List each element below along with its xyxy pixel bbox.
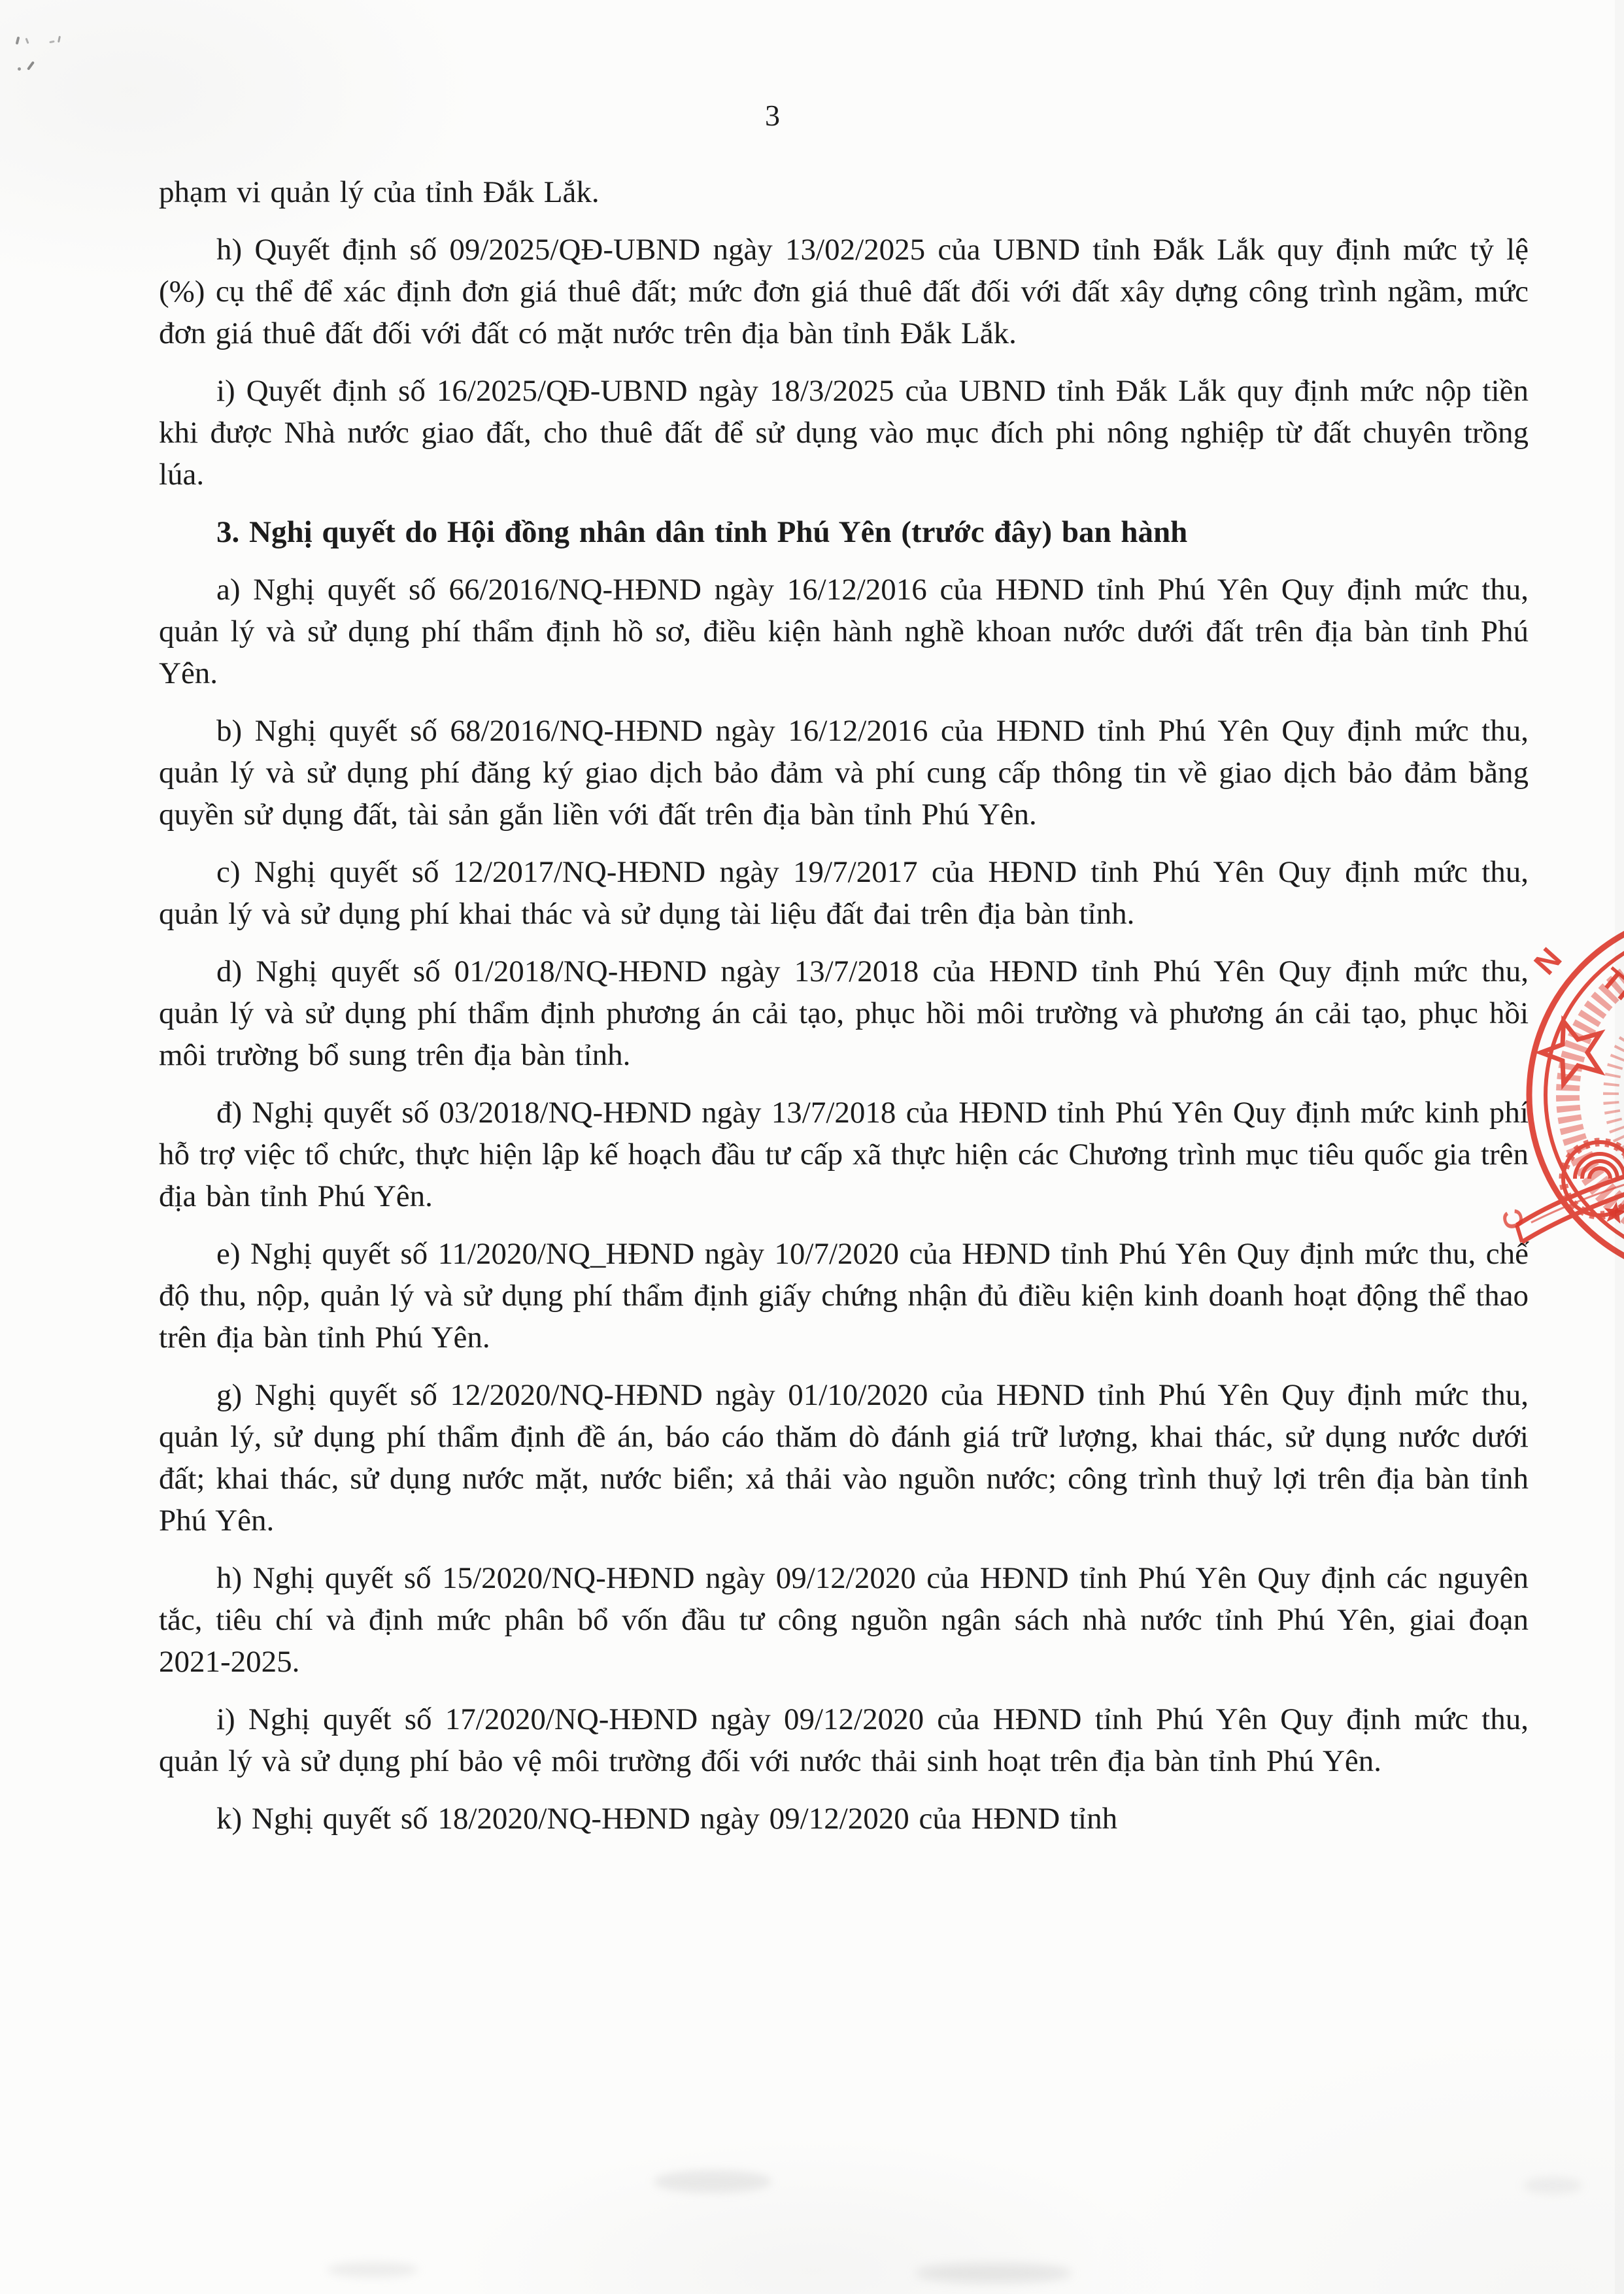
scan-smudge — [654, 2170, 771, 2193]
page-number: 3 — [0, 98, 1546, 133]
item-dd-nghi-quyet-03-2018: đ) Nghị quyết số 03/2018/NQ-HĐND ngày 13… — [159, 1092, 1529, 1217]
official-red-stamp-icon: N TỈN C — [1512, 914, 1624, 1280]
stamp-letter-n: N — [1528, 941, 1569, 981]
item-b-nghi-quyet-68-2016: b) Nghị quyết số 68/2016/NQ-HĐND ngày 16… — [159, 710, 1529, 835]
item-d-nghi-quyet-01-2018: d) Nghị quyết số 01/2018/NQ-HĐND ngày 13… — [159, 951, 1529, 1076]
item-h-quyet-dinh-09-2025: h) Quyết định số 09/2025/QĐ-UBND ngày 13… — [159, 229, 1529, 354]
item-i-quyet-dinh-16-2025: i) Quyết định số 16/2025/QĐ-UBND ngày 18… — [159, 370, 1529, 496]
pencil-mark — [49, 41, 54, 44]
item-e-nghi-quyet-11-2020: e) Nghị quyết số 11/2020/NQ_HĐND ngày 10… — [159, 1233, 1529, 1358]
item-a-nghi-quyet-66-2016: a) Nghị quyết số 66/2016/NQ-HĐND ngày 16… — [159, 569, 1529, 694]
document-body: phạm vi quản lý của tỉnh Đắk Lắk. h) Quy… — [159, 171, 1529, 1855]
scan-smudge — [327, 2262, 418, 2278]
pencil-mark — [18, 67, 21, 71]
item-c-nghi-quyet-12-2017: c) Nghị quyết số 12/2017/NQ-HĐND ngày 19… — [159, 851, 1529, 935]
item-k-nghi-quyet-18-2020: k) Nghị quyết số 18/2020/NQ-HĐND ngày 09… — [159, 1798, 1529, 1840]
pencil-mark — [27, 61, 35, 70]
pencil-mark — [58, 36, 61, 42]
pencil-mark — [25, 38, 29, 44]
item-i-nghi-quyet-17-2020: i) Nghị quyết số 17/2020/NQ-HĐND ngày 09… — [159, 1698, 1529, 1782]
scan-smudge — [1523, 2177, 1582, 2194]
scanned-document-page: 3 phạm vi quản lý của tỉnh Đắk Lắk. h) Q… — [0, 0, 1624, 2294]
paragraph-continuation-pham-vi: phạm vi quản lý của tỉnh Đắk Lắk. — [159, 171, 1529, 213]
scan-smudge — [915, 2263, 1072, 2283]
scan-edge-shading — [1615, 0, 1624, 2294]
pencil-mark — [16, 37, 20, 45]
item-h-nghi-quyet-15-2020: h) Nghị quyết số 15/2020/NQ-HĐND ngày 09… — [159, 1557, 1529, 1683]
section-heading-3-nghi-quyet-phu-yen: 3. Nghị quyết do Hội đồng nhân dân tỉnh … — [159, 511, 1529, 553]
item-g-nghi-quyet-12-2020: g) Nghị quyết số 12/2020/NQ-HĐND ngày 01… — [159, 1374, 1529, 1542]
